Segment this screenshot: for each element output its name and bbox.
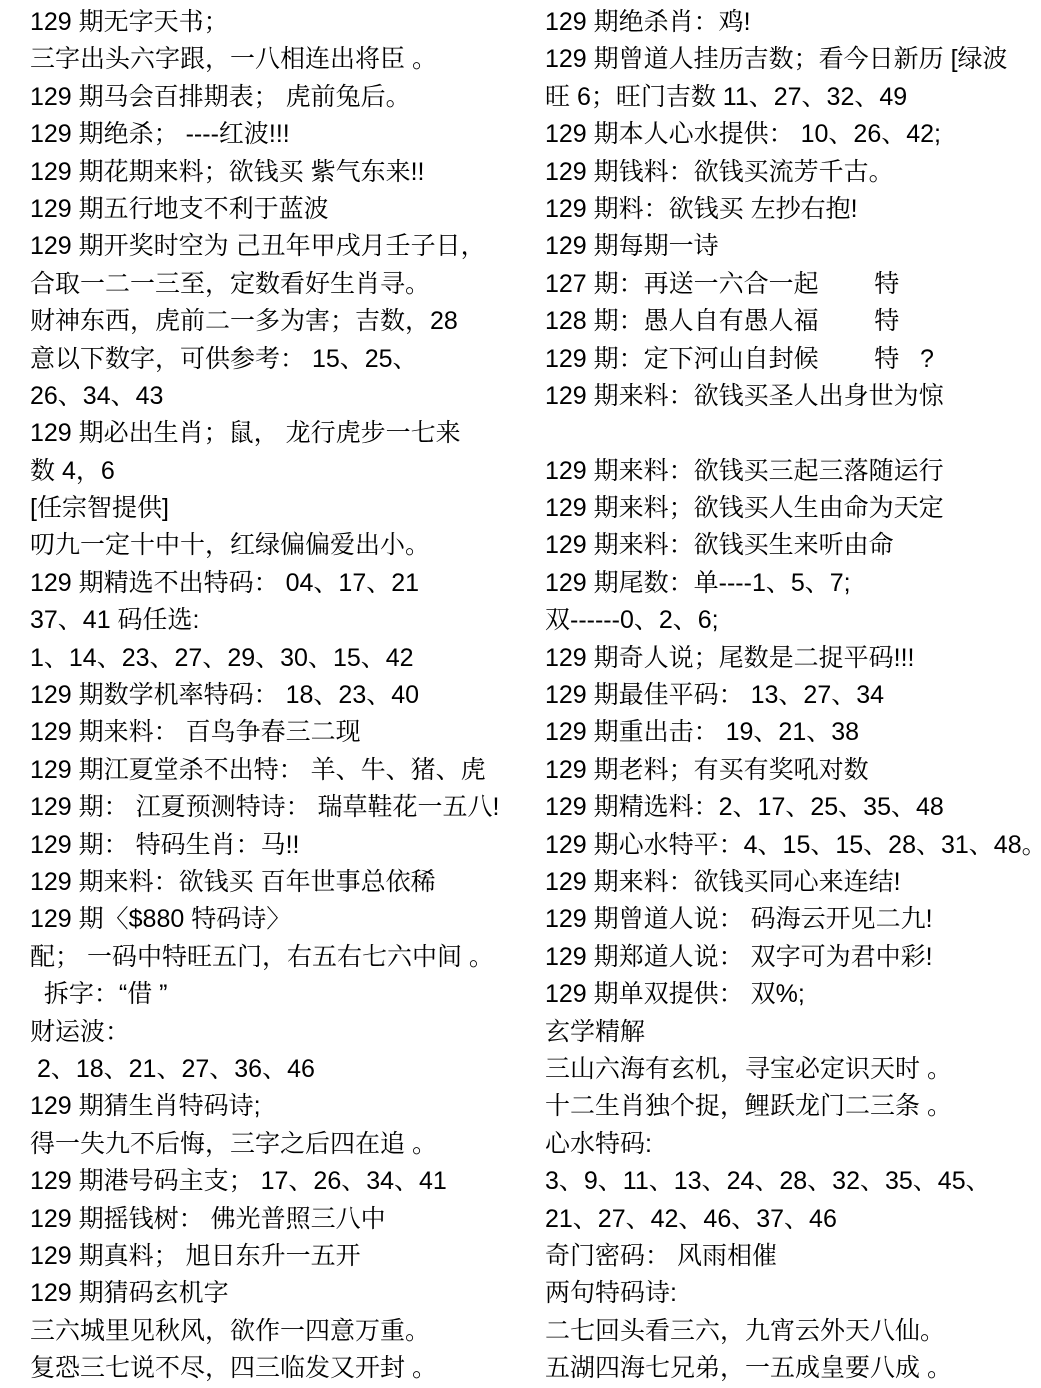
text-line xyxy=(545,415,1037,452)
text-line: 玄学精解 xyxy=(545,1014,1037,1051)
text-line: 财运波： xyxy=(30,1014,535,1051)
text-line: 数 4，6 xyxy=(30,453,535,490)
text-line: 叨九一定十中十，红绿偏偏爱出小。 xyxy=(30,527,535,564)
text-line: 129 期老料；有买有奖吼对数 xyxy=(545,752,1037,789)
text-line: 129 期曾道人挂历吉数；看今日新历 [绿波 xyxy=(545,41,1037,78)
text-line: 127 期：再送一六合一起 特 xyxy=(545,266,1037,303)
text-line: 129 期： 江夏预测特诗： 瑞草鞋花一五八! xyxy=(30,789,535,826)
text-line: 3、9、11、13、24、28、32、35、45、 xyxy=(545,1163,1037,1200)
text-line: 21、27、42、46、37、46 xyxy=(545,1201,1037,1238)
text-line: 129 期真料； 旭日东升一五开 xyxy=(30,1238,535,1275)
text-line: 合取一二一三至，定数看好生肖寻。 xyxy=(30,266,535,303)
text-line: 129 期猜生肖特码诗; xyxy=(30,1088,535,1125)
text-line: [任宗智提供] xyxy=(30,490,535,527)
left-column: 129 期无字天书；三字出头六字跟，一八相连出将臣 。129 期马会百排期表； … xyxy=(30,4,535,1387)
text-line: 心水特码: xyxy=(545,1126,1037,1163)
text-line: 129 期单双提供： 双%; xyxy=(545,976,1037,1013)
text-line: 129 期最佳平码： 13、27、34 xyxy=(545,677,1037,714)
text-line: 129 期数学机率特码： 18、23、40 xyxy=(30,677,535,714)
text-line: 129 期开奖时空为 己丑年甲戌月壬子日， xyxy=(30,228,535,265)
text-line: 2、18、21、27、36、46 xyxy=(30,1051,535,1088)
text-line: 129 期曾道人说： 码海云开见二九! xyxy=(545,901,1037,938)
text-line: 26、34、43 xyxy=(30,378,535,415)
text-line: 129 期郑道人说： 双字可为君中彩! xyxy=(545,939,1037,976)
text-line: 129 期〈$880 特码诗〉 xyxy=(30,901,535,938)
text-line: 二七回头看三六，九宵云外天八仙。 xyxy=(545,1313,1037,1350)
text-line: 配； 一码中特旺五门，右五右七六中间 。 xyxy=(30,939,535,976)
text-line: 129 期精选不出特码： 04、17、21 xyxy=(30,565,535,602)
text-line: 129 期：定下河山自封候 特 ? xyxy=(545,341,1037,378)
text-line: 财神东西，虎前二一多为害；吉数，28 xyxy=(30,303,535,340)
text-line: 拆字：“借 ” xyxy=(30,976,535,1013)
text-line: 双------0、2、6; xyxy=(545,602,1037,639)
text-line: 129 期马会百排期表； 虎前兔后。 xyxy=(30,79,535,116)
text-line: 129 期来料：欲钱买生来听由命 xyxy=(545,527,1037,564)
text-line: 37、41 码任选: xyxy=(30,602,535,639)
text-line: 129 期港号码主支； 17、26、34、41 xyxy=(30,1163,535,1200)
text-line: 129 期来料：欲钱买 百年世事总依稀 xyxy=(30,864,535,901)
text-line: 129 期来料： 百鸟争春三二现 xyxy=(30,714,535,751)
text-line: 129 期必出生肖；鼠， 龙行虎步一七来 xyxy=(30,415,535,452)
text-line: 129 期料：欲钱买 左抄右抱! xyxy=(545,191,1037,228)
text-line: 得一失九不后悔，三字之后四在追 。 xyxy=(30,1126,535,1163)
text-line: 129 期尾数：单----1、5、7; xyxy=(545,565,1037,602)
text-line: 三字出头六字跟，一八相连出将臣 。 xyxy=(30,41,535,78)
text-line: 意以下数字，可供参考： 15、25、 xyxy=(30,341,535,378)
text-line: 129 期精选料：2、17、25、35、48 xyxy=(545,789,1037,826)
text-line: 129 期江夏堂杀不出特： 羊、牛、猪、虎 xyxy=(30,752,535,789)
text-line: 129 期猜码玄机字 xyxy=(30,1275,535,1312)
text-line: 十二生肖独个捉，鲤跃龙门二三条 。 xyxy=(545,1088,1037,1125)
text-line: 129 期五行地支不利于蓝波 xyxy=(30,191,535,228)
text-line: 1、14、23、27、29、30、15、42 xyxy=(30,640,535,677)
text-line: 五湖四海七兄弟，一五成皇要八成 。 xyxy=(545,1350,1037,1387)
text-line: 129 期本人心水提供： 10、26、42; xyxy=(545,116,1037,153)
text-line: 129 期来料：欲钱买圣人出身世为惊 xyxy=(545,378,1037,415)
lottery-tip-sheet-page: 129 期无字天书；三字出头六字跟，一八相连出将臣 。129 期马会百排期表； … xyxy=(0,0,1041,1388)
text-line: 三山六海有玄机，寻宝必定识天时 。 xyxy=(545,1051,1037,1088)
text-line: 128 期：愚人自有愚人福 特 xyxy=(545,303,1037,340)
right-column: 129 期绝杀肖：鸡!129 期曾道人挂历吉数；看今日新历 [绿波旺 6；旺门吉… xyxy=(545,4,1037,1387)
text-line: 129 期钱料：欲钱买流芳千古。 xyxy=(545,154,1037,191)
text-line: 129 期来料：欲钱买同心来连结! xyxy=(545,864,1037,901)
text-line: 129 期绝杀； ----红波!!! xyxy=(30,116,535,153)
text-line: 129 期来料；欲钱买人生由命为天定 xyxy=(545,490,1037,527)
text-line: 129 期奇人说；尾数是二捉平码!!! xyxy=(545,640,1037,677)
text-line: 129 期绝杀肖：鸡! xyxy=(545,4,1037,41)
text-line: 129 期： 特码生肖：马!! xyxy=(30,827,535,864)
text-line: 复恐三七说不尽，四三临发又开封 。 xyxy=(30,1350,535,1387)
text-line: 129 期花期来料；欲钱买 紫气东来!! xyxy=(30,154,535,191)
text-line: 129 期无字天书； xyxy=(30,4,535,41)
text-line: 129 期心水特平：4、15、15、28、31、48。 xyxy=(545,827,1037,864)
text-line: 三六城里见秋风，欲作一四意万重。 xyxy=(30,1313,535,1350)
text-line: 129 期重出击： 19、21、38 xyxy=(545,714,1037,751)
text-line: 129 期来料：欲钱买三起三落随运行 xyxy=(545,453,1037,490)
text-line: 奇门密码： 风雨相催 xyxy=(545,1238,1037,1275)
text-line: 129 期每期一诗 xyxy=(545,228,1037,265)
text-line: 两句特码诗: xyxy=(545,1275,1037,1312)
text-line: 旺 6；旺门吉数 11、27、32、49 xyxy=(545,79,1037,116)
text-line: 129 期摇钱树： 佛光普照三八中 xyxy=(30,1201,535,1238)
